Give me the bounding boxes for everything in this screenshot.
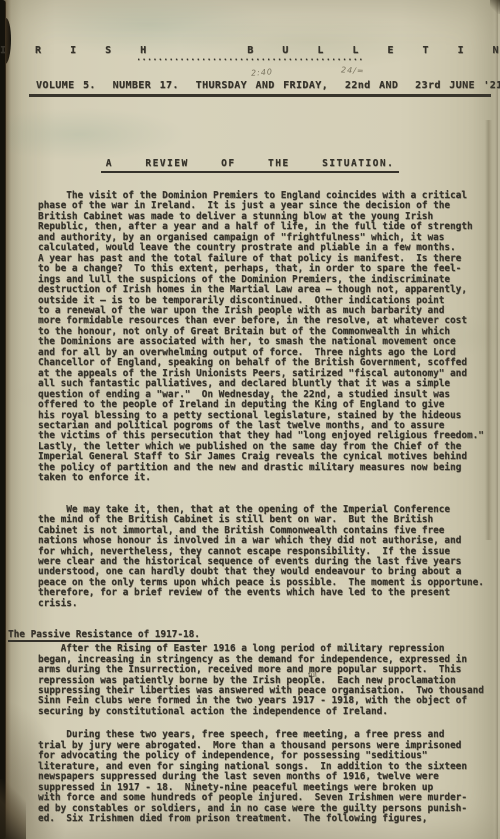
handwritten-annotation-2: 24/= <box>341 65 365 75</box>
section-heading-passive-resistance: The Passive Resistance of 1917-18. <box>8 629 200 642</box>
scan-edge-bottom-left <box>0 779 26 839</box>
article-body: The visit of the Dominion Premiers to En… <box>38 191 494 824</box>
article-title: A REVIEW OF THE SITUATION. <box>101 158 400 173</box>
masthead-block: I R I S H B U L L E T I N. .............… <box>0 45 500 61</box>
paragraph-imperial-conference: We may take it, then, that at the openin… <box>38 505 494 610</box>
paper-edge-right <box>495 0 498 839</box>
scan-edge-left-shadow <box>5 0 11 839</box>
paragraph-two-years-repression: During these two years, free speech, fre… <box>38 730 494 824</box>
volume-rule: VOLUME 5. NUMBER 17. THURSDAY AND FRIDAY… <box>29 80 491 97</box>
article-title-block: A REVIEW OF THE SITUATION. <box>0 151 500 173</box>
handwritten-annotation-1: 2:40 <box>251 67 274 78</box>
paragraph-after-easter-rising: After the Rising of Easter 1916 a long p… <box>38 644 494 717</box>
handwritten-insertion-ful: ful <box>308 671 317 679</box>
section-heading-block: The Passive Resistance of 1917-18. <box>38 622 494 644</box>
volume-number-date-line: VOLUME 5. NUMBER 17. THURSDAY AND FRIDAY… <box>36 80 491 91</box>
paragraph-review-of-situation: The visit of the Dominion Premiers to En… <box>38 191 494 484</box>
scanned-document-page: I R I S H B U L L E T I N. .............… <box>0 0 500 839</box>
